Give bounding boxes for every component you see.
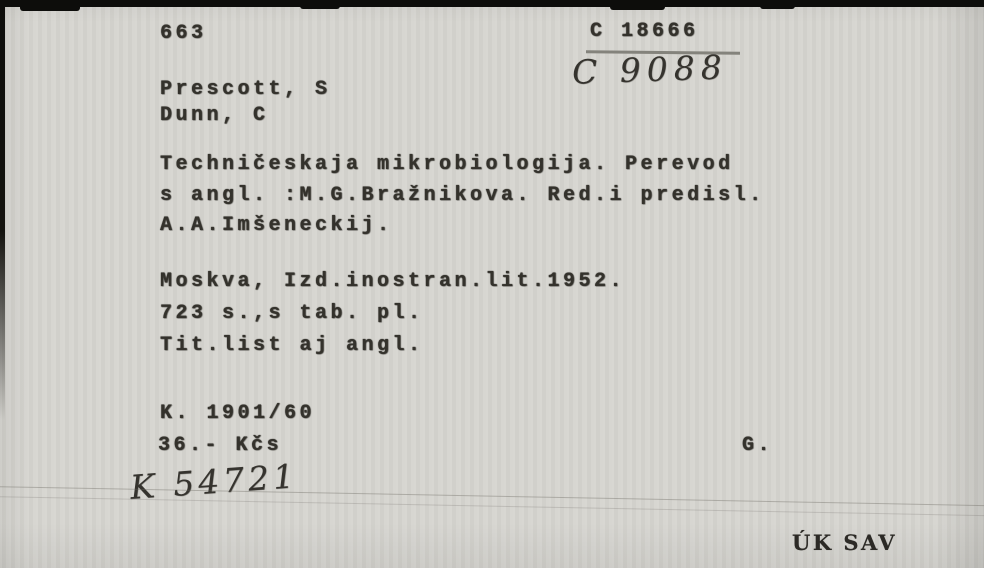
price: 36.- Kčs <box>158 434 282 457</box>
scan-edge-artifact <box>760 6 795 9</box>
scan-edge-top <box>0 0 984 7</box>
library-stamp: ÚK SAV <box>792 530 897 555</box>
scan-edge-left <box>0 0 5 420</box>
ruled-line <box>0 496 984 517</box>
imprint-line-1: Moskva, Izd.inostran.lit.1952. <box>160 270 625 293</box>
author-line-1: Prescott, S <box>160 78 331 101</box>
title-line-3: A.A.Imšeneckij. <box>160 214 393 237</box>
handwritten-call-number: C 9088 <box>571 47 728 91</box>
scan-edge-artifact <box>20 6 80 11</box>
accession-number: K. 1901/60 <box>160 402 315 425</box>
title-line-1: Techničeskaja mikrobiologija. Perevod <box>160 153 734 176</box>
scan-edge-artifact <box>610 6 665 10</box>
author-line-2: Dunn, C <box>160 104 269 127</box>
letter-mark: G. <box>742 434 773 457</box>
imprint-line-3: Tit.list aj angl. <box>160 334 424 357</box>
typed-call-number: C 18666 <box>590 20 699 43</box>
shelf-number: 663 <box>160 22 207 45</box>
scan-edge-artifact <box>300 6 340 9</box>
imprint-line-2: 723 s.,s tab. pl. <box>160 302 424 325</box>
catalog-card-scan: 663 C 18666 C 9088 Prescott, S Dunn, C T… <box>0 0 984 568</box>
title-line-2: s angl. :M.G.Bražnikova. Red.i predisl. <box>160 184 765 207</box>
